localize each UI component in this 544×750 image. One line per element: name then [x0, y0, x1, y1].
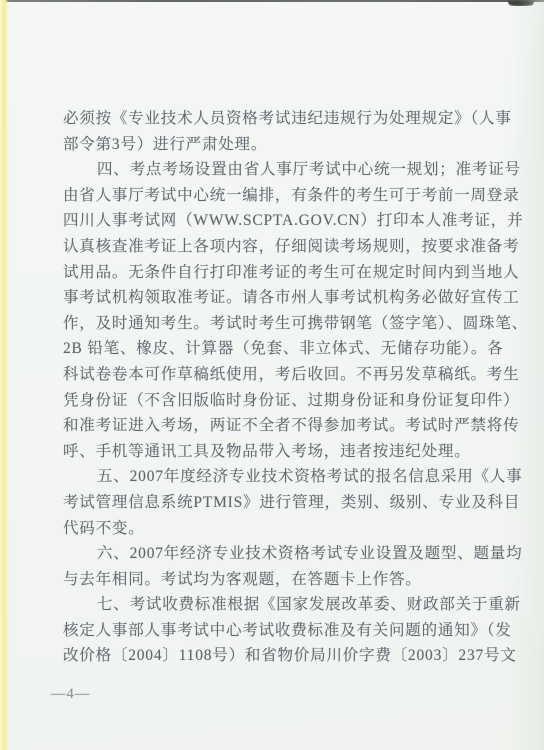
- document-line: 事考试机构领取准考证。请各市州人事考试机构务必做好宣传工: [63, 285, 491, 311]
- document-line: 考试管理信息系统PTMIS》进行管理，类别、级别、专业及科目: [63, 490, 491, 516]
- document-line-item-6: 六、2007年经济专业技术资格考试专业设置及题型、题量均: [63, 541, 491, 567]
- scanner-corner-mark: [508, 0, 534, 6]
- document-line-item-5: 五、2007年度经济专业技术资格考试的报名信息采用《人事: [63, 464, 491, 490]
- document-line: 作，及时通知考生。考试时考生可携带钢笔（签字笔）、圆珠笔、: [63, 311, 491, 337]
- document-line: 凭身份证（不含旧版临时身份证、过期身份证和身份证复印件）: [63, 388, 491, 414]
- document-text-block: 必须按《专业技术人员资格考试违纪违规行为处理规定》（人事 部令第3号）进行严肃处…: [63, 106, 491, 669]
- scanned-document-page: 必须按《专业技术人员资格考试违纪违规行为处理规定》（人事 部令第3号）进行严肃处…: [0, 0, 544, 750]
- document-line-item-4: 四、考点考场设置由省人事厅考试中心统一规划；准考证号: [63, 157, 491, 183]
- document-line: 2B 铅笔、橡皮、计算器（免套、非立体式、无储存功能）。各: [63, 336, 491, 362]
- document-line: 四川人事考试网（WWW.SCPTA.GOV.CN）打印本人准考证，并: [63, 208, 491, 234]
- page-yellowed-left-edge: [0, 0, 9, 750]
- document-line: 核定人事部人事考试中心考试收费标准及有关问题的通知》（发: [63, 618, 491, 644]
- document-line: 必须按《专业技术人员资格考试违纪违规行为处理规定》（人事: [63, 106, 491, 132]
- document-line: 呼、手机等通讯工具及物品带入考场，违者按违纪处理。: [63, 439, 491, 465]
- document-line: 代码不变。: [63, 516, 491, 542]
- scanner-top-edge: [0, 0, 544, 2]
- document-line: 和准考证进入考场，两证不全者不得参加考试。考试时严禁将传: [63, 413, 491, 439]
- document-line: 认真核查准考证上各项内容，仔细阅读考场规则，按要求准备考: [63, 234, 491, 260]
- document-line: 部令第3号）进行严肃处理。: [63, 132, 491, 158]
- page-number: —4—: [51, 686, 90, 703]
- document-line-item-7: 七、考试收费标准根据《国家发展改革委、财政部关于重新: [63, 592, 491, 618]
- document-line: 与去年相同。考试均为客观题，在答题卡上作答。: [63, 567, 491, 593]
- document-line: 由省人事厅考试中心统一编排，有条件的考生可于考前一周登录: [63, 183, 491, 209]
- document-line: 改价格〔2004〕1108号）和省物价局川价字费〔2003〕237号文: [63, 643, 491, 669]
- document-line: 试用品。无条件自行打印准考证的考生可在规定时间内到当地人: [63, 260, 491, 286]
- document-line: 科试卷卷本可作草稿纸使用，考后收回。不再另发草稿纸。考生: [63, 362, 491, 388]
